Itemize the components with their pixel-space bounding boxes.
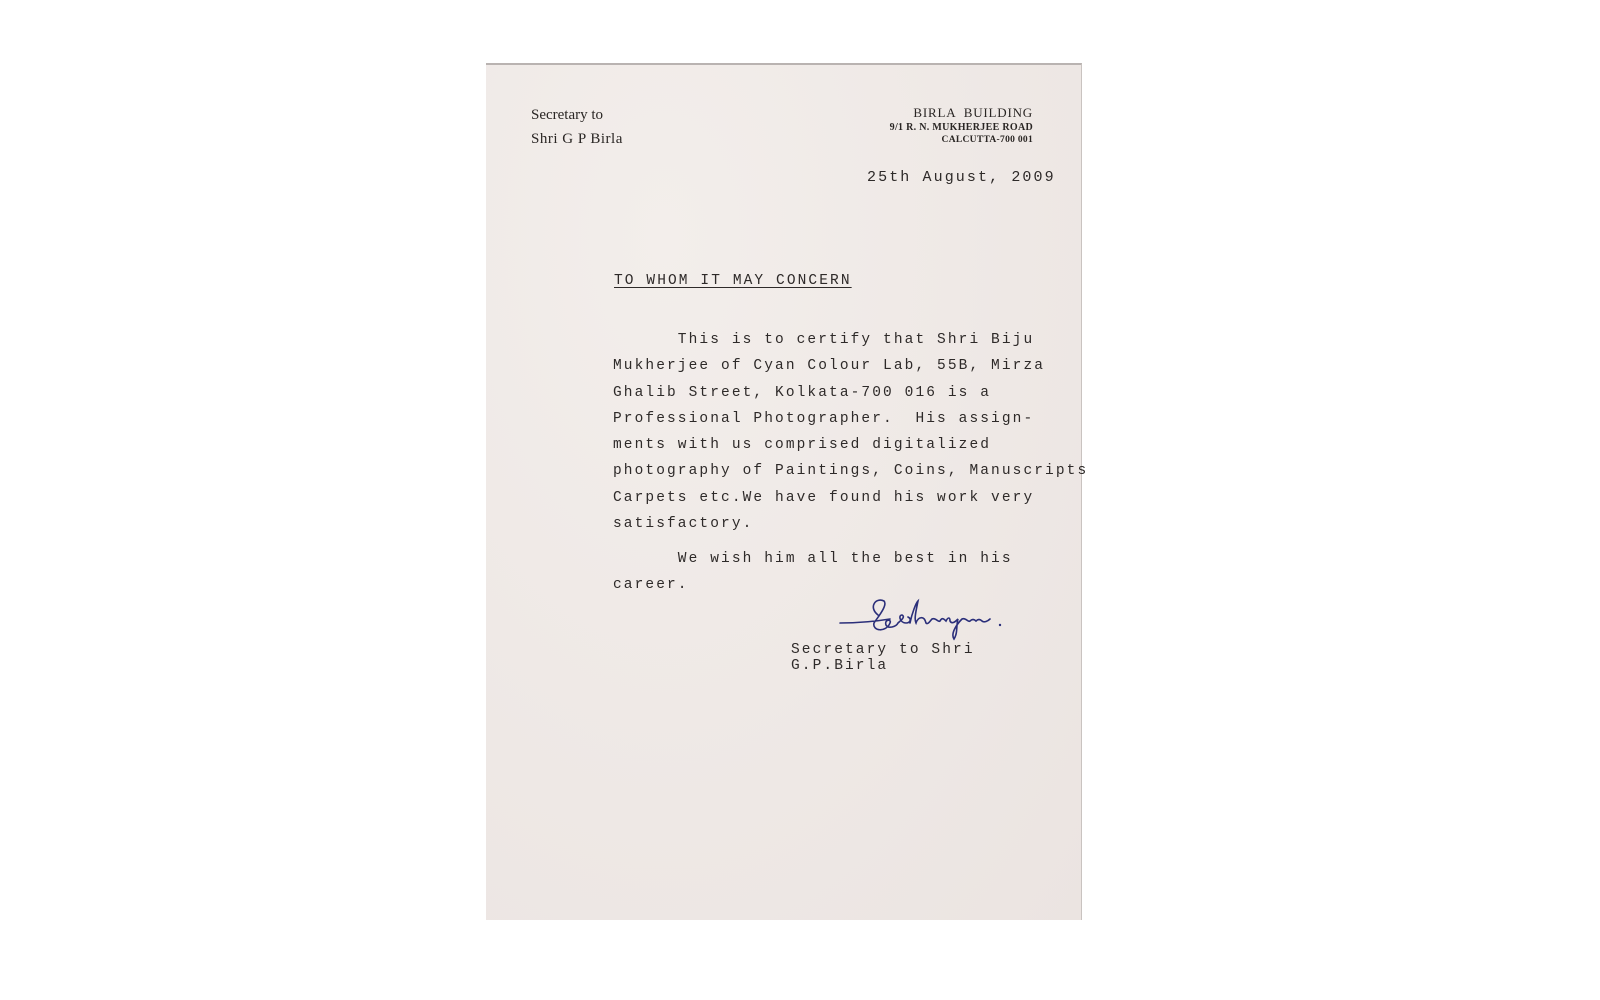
address-building: BIRLA BUILDING: [890, 105, 1033, 121]
sender-line-1: Secretary to: [531, 103, 623, 127]
body-paragraph-1: This is to certify that Shri Biju Mukher…: [613, 327, 1088, 537]
letter-date: 25th August, 2009: [867, 169, 1056, 186]
sender-block: Secretary to Shri G P Birla: [531, 103, 623, 151]
address-block: BIRLA BUILDING 9/1 R. N. MUKHERJEE ROAD …: [890, 105, 1033, 147]
signature-icon: [838, 593, 1018, 648]
letter-heading: TO WHOM IT MAY CONCERN: [614, 273, 852, 289]
sender-line-2: Shri G P Birla: [531, 127, 623, 151]
address-street: 9/1 R. N. MUKHERJEE ROAD: [890, 121, 1033, 134]
address-city: CALCUTTA-700 001: [890, 134, 1033, 147]
signatory-title: Secretary to Shri G.P.Birla: [791, 642, 1081, 674]
body-paragraph-2: We wish him all the best in his career.: [613, 546, 1013, 598]
letter-page: Secretary to Shri G P Birla BIRLA BUILDI…: [486, 63, 1082, 920]
